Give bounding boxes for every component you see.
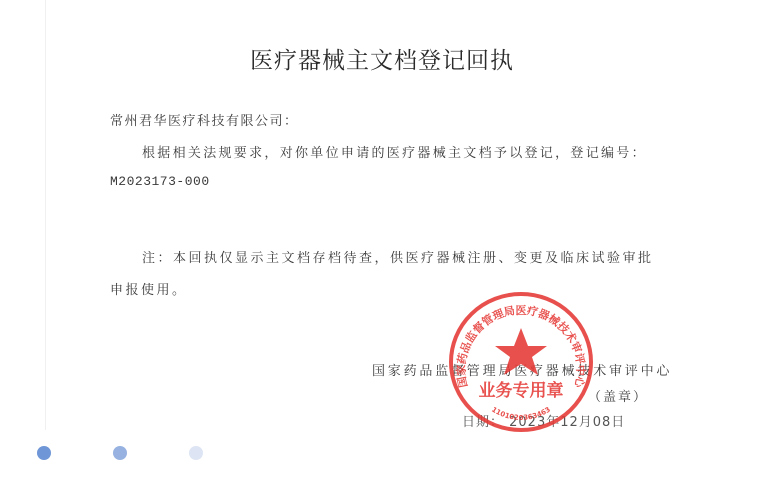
official-seal-icon: 国家药品监督管理局医疗器械技术审评中心 业务专用章 1101020363463 bbox=[446, 290, 596, 435]
document-title: 医疗器械主文档登记回执 bbox=[0, 42, 764, 75]
addressee: 常州君华医疗科技有限公司： bbox=[110, 110, 299, 129]
carousel-dot-2[interactable] bbox=[113, 446, 127, 460]
note-line-2: 申报使用。 bbox=[110, 279, 188, 298]
seal-label: （盖章） bbox=[588, 386, 648, 405]
body-text: 根据相关法规要求，对你单位申请的医疗器械主文档予以登记，登记编号： bbox=[142, 142, 647, 161]
svg-text:1101020363463: 1101020363463 bbox=[490, 405, 552, 421]
carousel-indicator bbox=[0, 446, 300, 460]
note-line-1: 注：本回执仅显示主文档存档待查，供医疗器械注册、变更及临床试验审批 bbox=[142, 247, 654, 266]
carousel-dot-1[interactable] bbox=[37, 446, 51, 460]
svg-text:业务专用章: 业务专用章 bbox=[479, 380, 564, 401]
registration-number: M2023173-000 bbox=[110, 174, 210, 189]
carousel-dot-3[interactable] bbox=[189, 446, 203, 460]
